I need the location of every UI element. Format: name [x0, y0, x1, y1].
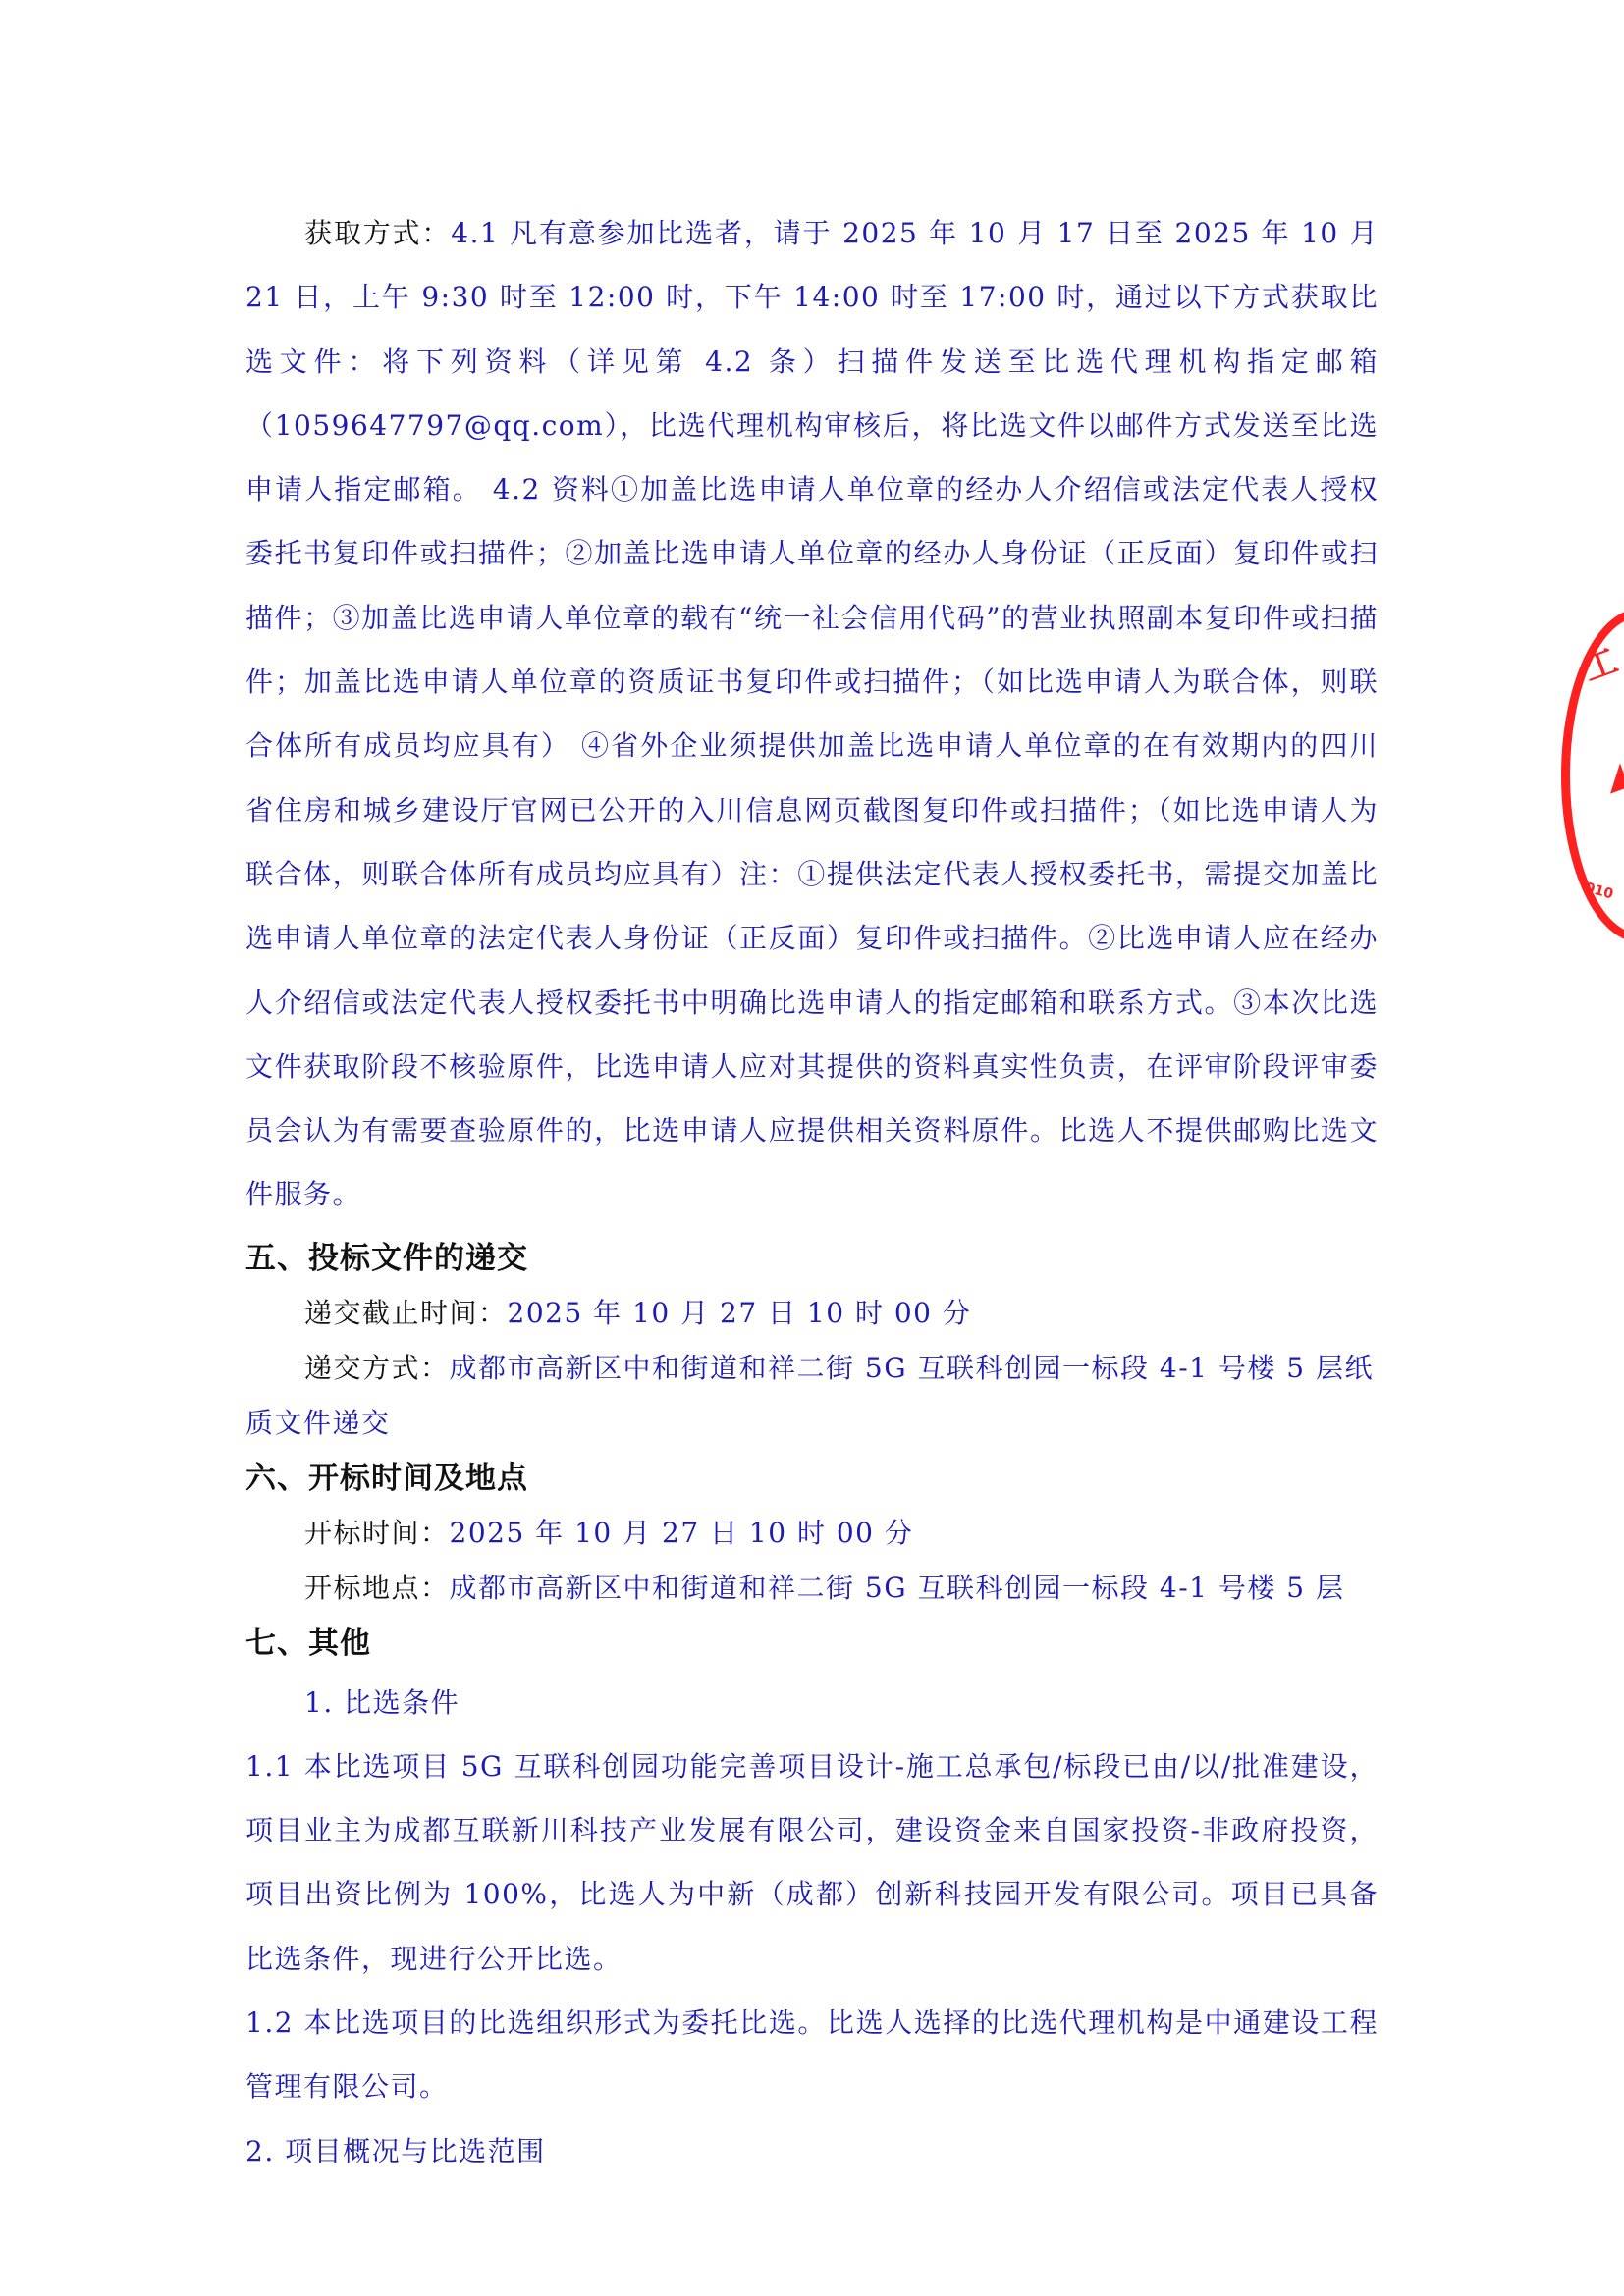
section-heading-opening: 六、开标时间及地点 [245, 1451, 1379, 1506]
subsection-title-conditions: 1. 比选条件 [245, 1671, 1379, 1735]
submission-deadline: 递交截止时间：2025 年 10 月 27 日 10 时 00 分 [245, 1286, 1379, 1341]
acquisition-paragraph: 获取方式：4.1 凡有意参加比选者，请于 2025 年 10 月 17 日至 2… [245, 201, 1379, 1227]
method-label: 递交方式： [304, 1352, 450, 1384]
subsection-title-overview: 2. 项目概况与比选范围 [245, 2119, 1379, 2183]
paragraph-1-1: 1.1 本比选项目 5G 互联科创园功能完善项目设计-施工总承包/标段已由/以/… [245, 1735, 1379, 1991]
opening-time-label: 开标时间： [304, 1517, 450, 1549]
section-heading-submission: 五、投标文件的递交 [245, 1231, 1379, 1286]
deadline-label: 递交截止时间： [304, 1297, 508, 1329]
paragraph-1-2: 1.2 本比选项目的比选组织形式为委托比选。比选人选择的比选代理机构是中通建设工… [245, 1991, 1379, 2119]
document-page: 获取方式：4.1 凡有意参加比选者，请于 2025 年 10 月 17 日至 2… [245, 201, 1379, 2183]
opening-place-label: 开标地点： [304, 1572, 450, 1604]
opening-place: 开标地点：成都市高新区中和街道和祥二街 5G 互联科创园一标段 4-1 号楼 5… [245, 1561, 1379, 1616]
opening-place-value: 成都市高新区中和街道和祥二街 5G 互联科创园一标段 4-1 号楼 5 层 [450, 1572, 1345, 1604]
acquire-label: 获取方式： [304, 217, 451, 249]
submission-method: 递交方式：成都市高新区中和街道和祥二街 5G 互联科创园一标段 4-1 号楼 5… [245, 1341, 1379, 1451]
deadline-value: 2025 年 10 月 27 日 10 时 00 分 [508, 1297, 972, 1329]
acquire-text: 4.1 凡有意参加比选者，请于 2025 年 10 月 17 日至 2025 年… [245, 217, 1379, 1210]
opening-time-value: 2025 年 10 月 27 日 10 时 00 分 [450, 1517, 914, 1549]
opening-time: 开标时间：2025 年 10 月 27 日 10 时 00 分 [245, 1506, 1379, 1561]
section-heading-other: 七、其他 [245, 1616, 1379, 1671]
